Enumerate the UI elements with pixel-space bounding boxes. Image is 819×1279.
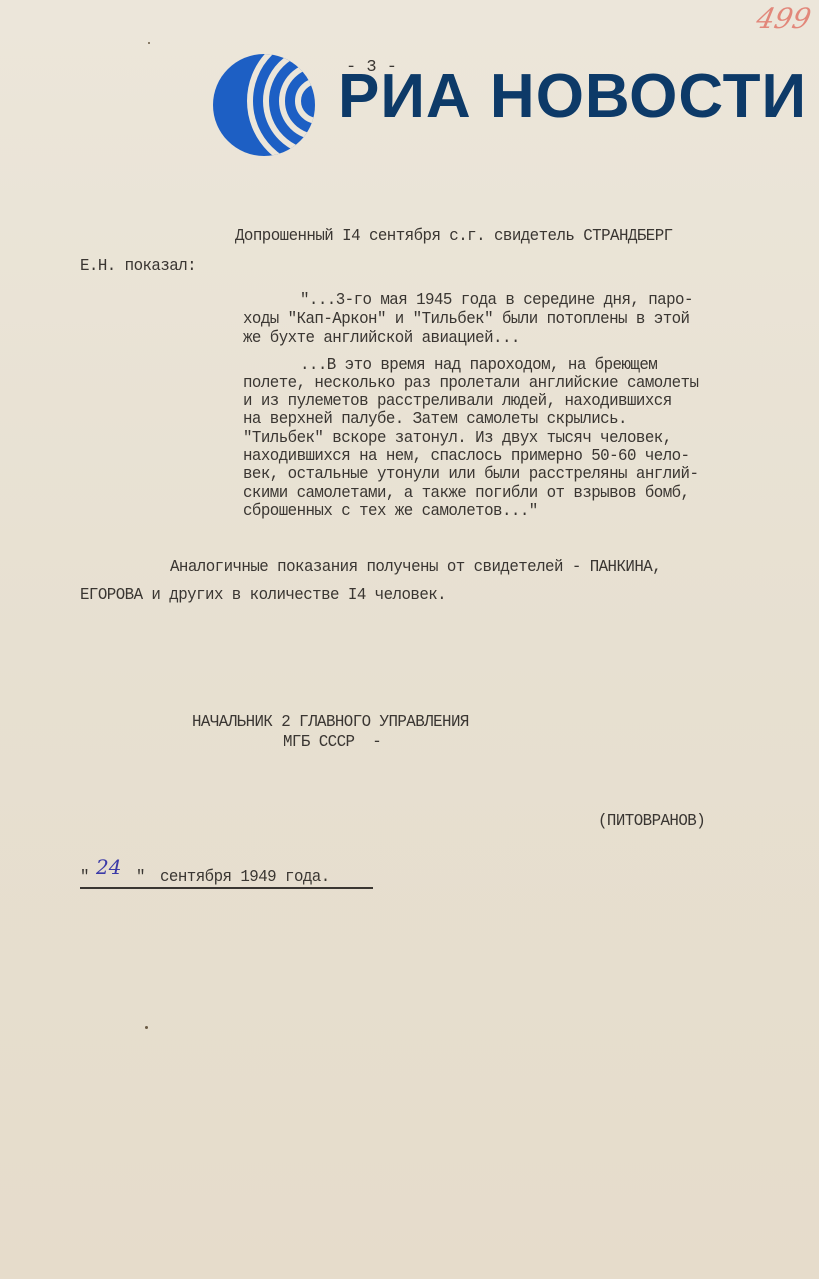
document-page: 499 - 3 - РИА НОВОСТИ Допрошенный I4 сен… — [0, 0, 819, 1279]
quote-2-line-3: и из пулеметов расстреливали людей, нахо… — [243, 393, 672, 412]
quote-1-line-2: ходы "Кап-Аркон" и "Тильбек" были потопл… — [243, 311, 689, 330]
quote-1-line-1: "...3-го мая 1945 года в середине дня, п… — [300, 292, 693, 311]
quote-2-line-9: сброшенных с тех же самолетов..." — [243, 503, 538, 522]
archive-page-number: 499 — [753, 2, 813, 35]
quote-2-line-2: полете, несколько раз пролетали английск… — [243, 375, 698, 394]
quote-1-line-3: же бухте английской авиацией... — [243, 330, 520, 349]
signature-title-1: НАЧАЛЬНИК 2 ГЛАВНОГО УПРАВЛЕНИЯ — [192, 713, 469, 732]
summary-line-2: ЕГОРОВА и других в количестве I4 человек… — [80, 586, 446, 605]
paper-speck — [145, 1026, 148, 1029]
signature-title-2: МГБ СССР - — [283, 733, 381, 752]
quote-2-line-6: находившихся на нем, спаслось примерно 5… — [243, 448, 689, 467]
quote-2-line-4: на верхней палубе. Затем самолеты скрыли… — [243, 411, 627, 430]
quote-2-line-7: век, остальные утонули или были расстрел… — [243, 466, 698, 485]
date-text: сентября 1949 года. — [160, 868, 330, 887]
intro-line-1: Допрошенный I4 сентября с.г. свидетель С… — [235, 227, 673, 246]
quote-2-line-1: ...В это время над пароходом, на бреющем — [300, 357, 657, 376]
date-day-handwritten: 24 — [96, 855, 121, 879]
date-open-quote: " — [80, 868, 89, 887]
intro-line-2: Е.Н. показал: — [80, 257, 196, 276]
ria-globe-icon — [212, 51, 320, 157]
signature-name: (ПИТОВРАНОВ) — [598, 812, 705, 831]
quote-2-line-8: скими самолетами, а также погибли от взр… — [243, 485, 689, 504]
ria-novosti-watermark: РИА НОВОСТИ — [338, 66, 807, 128]
date-close-quote: " — [136, 868, 145, 887]
date-underline — [80, 887, 373, 889]
summary-line-1: Аналогичные показания получены от свидет… — [170, 558, 661, 577]
paper-speck — [148, 42, 150, 44]
quote-2-line-5: "Тильбек" вскоре затонул. Из двух тысяч … — [243, 430, 672, 449]
